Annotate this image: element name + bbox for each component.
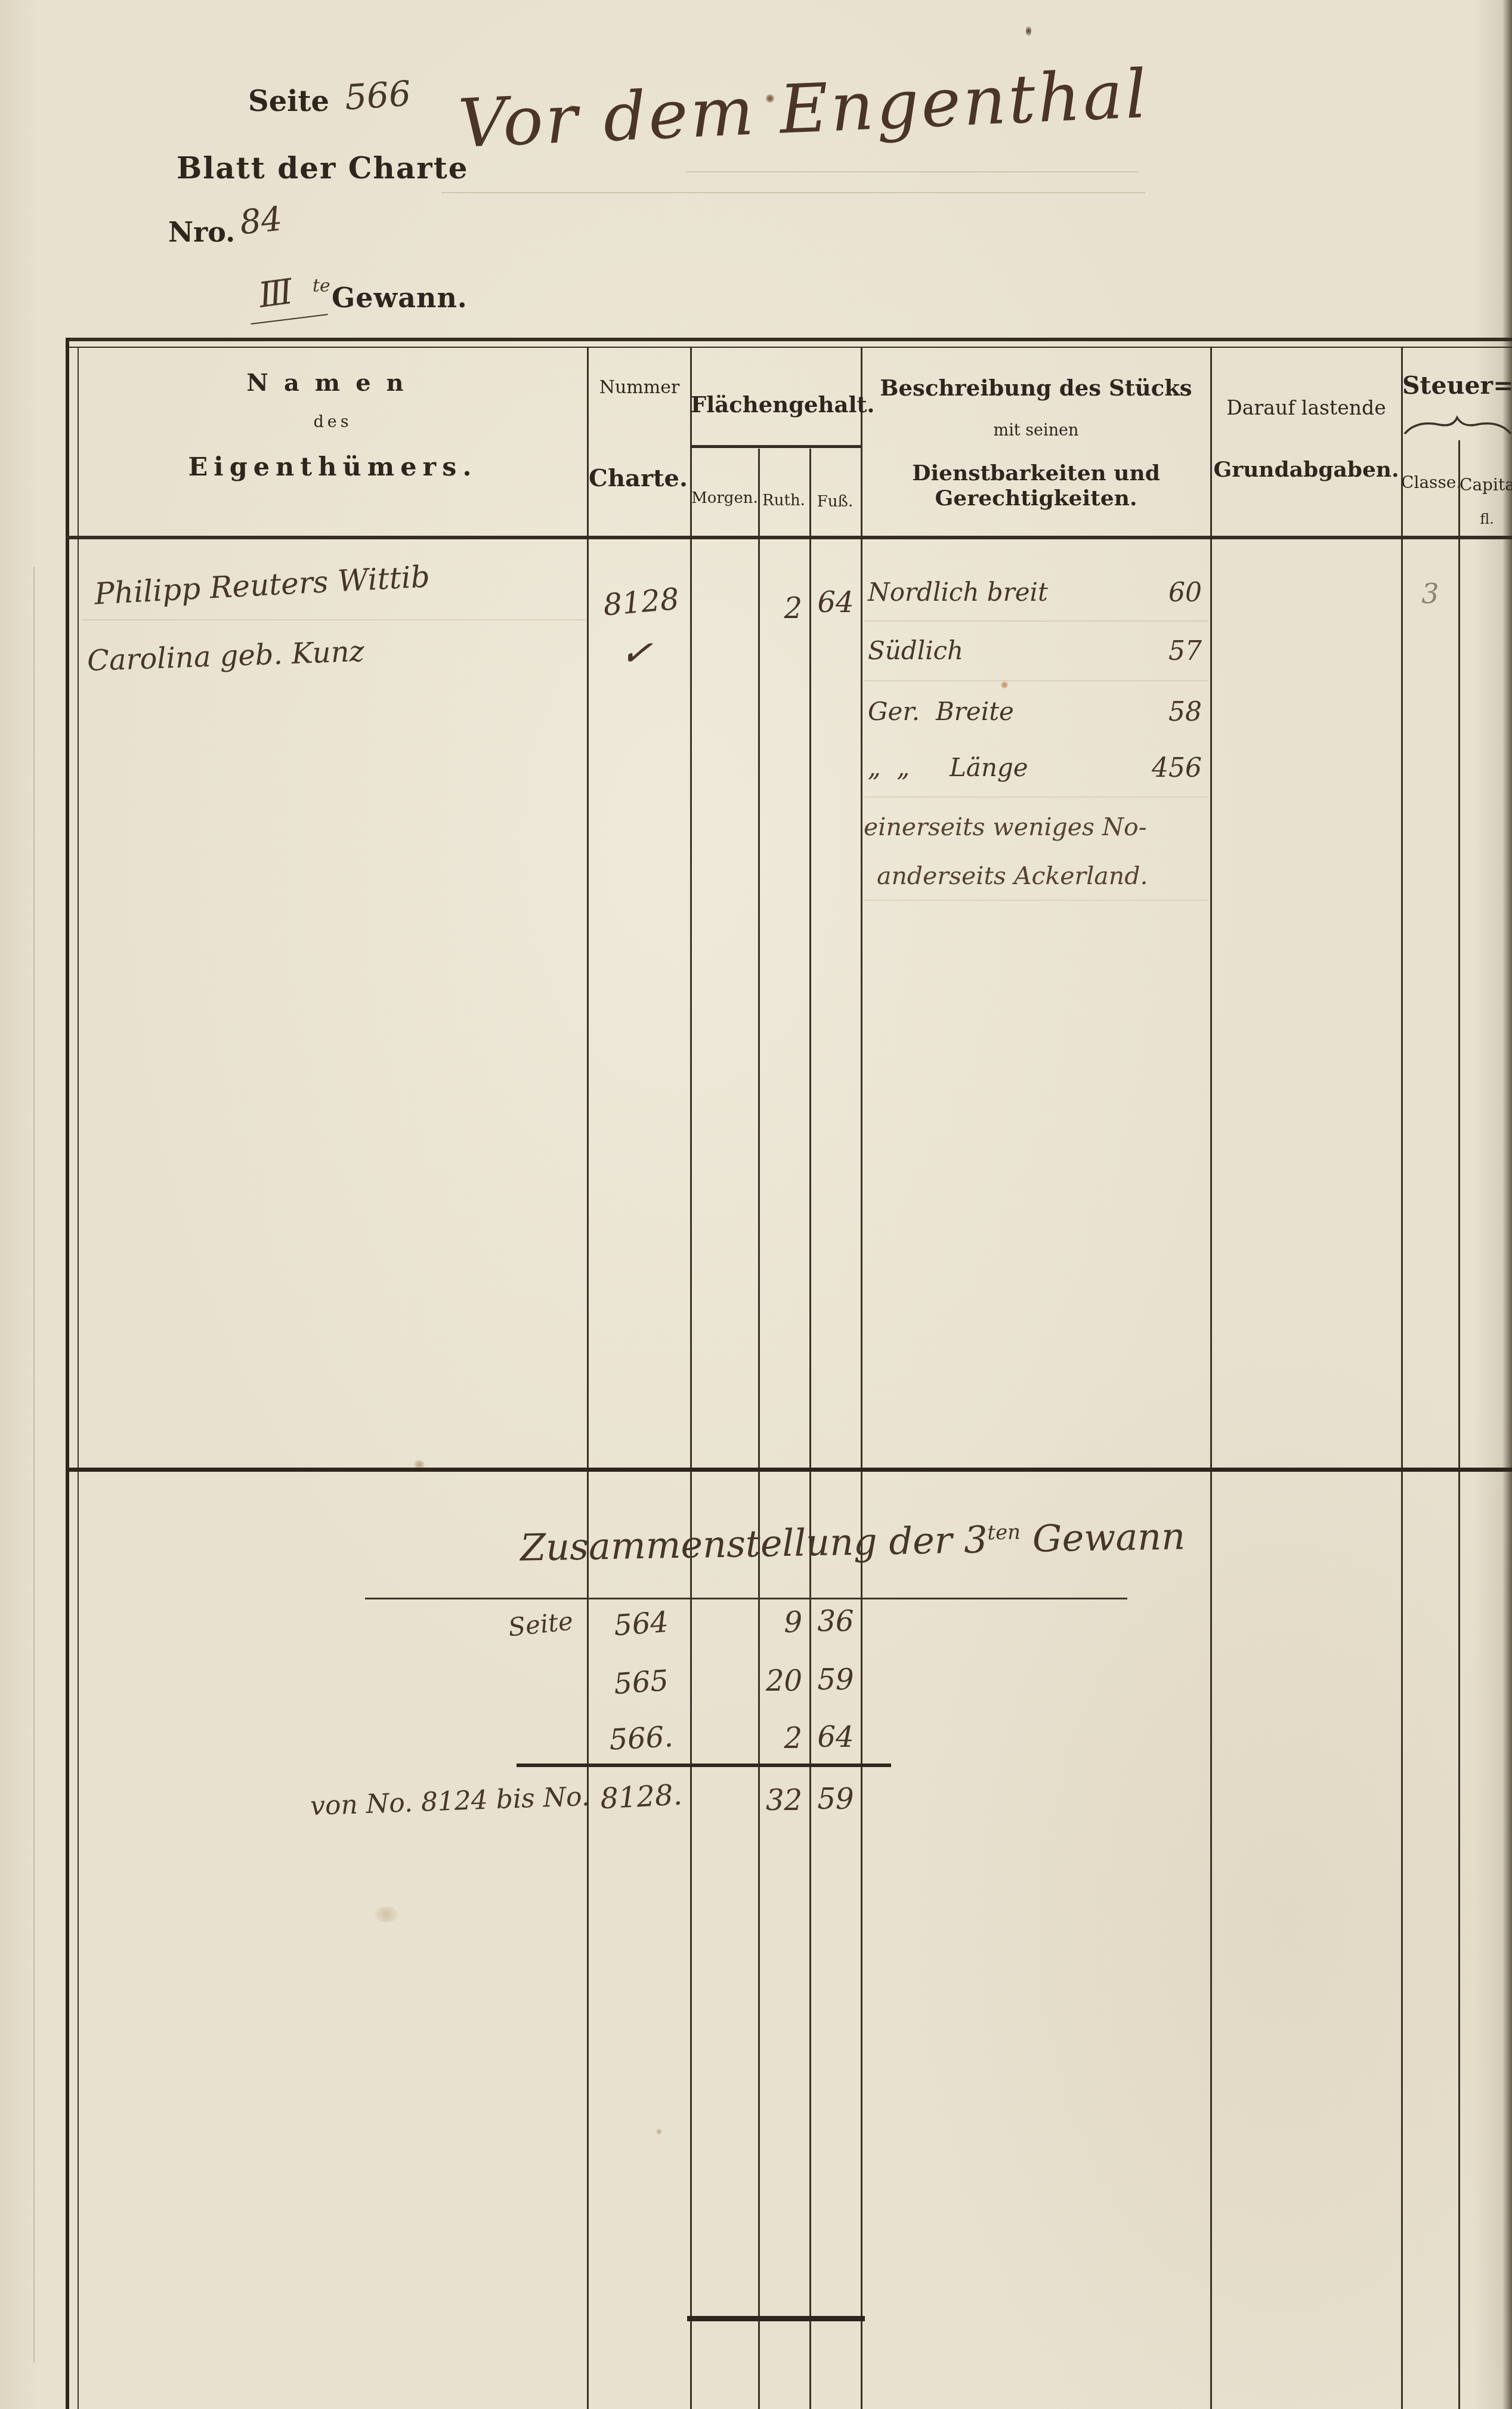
column-line-fuss-beschreibung [861,348,862,2409]
flaechengehalt-subheader-rule [691,445,861,448]
flaeche-columns-closing-bar [687,2316,865,2321]
summary-row-charte: 565 [590,1662,692,1702]
nro-number: 84 [238,199,285,242]
column-line-beschreibung-grundabgaben [1210,348,1212,2409]
record-steuer-classe-value: 3 [1405,577,1456,610]
map-sheet-title-handwritten: Vor dem Engenthal [457,55,1151,163]
page-right-edge-shadow [1502,0,1512,2409]
summary-row-fuss: 59 [810,1663,861,1697]
column-line-nummer-flaeche [690,348,692,2409]
summary-heading: Zusammenstellung der 3ten Gewann [520,1514,1185,1569]
summary-total-rule [517,1763,891,1767]
header-bottom-rule [66,536,1512,539]
description-text: Nordlich breit [868,577,1048,608]
paper-stain [1001,681,1008,688]
header-nummer-line1: Nummer [588,377,691,398]
description-value: 456 [1152,753,1202,783]
record-checkmark: ✓ [618,629,654,677]
header-owner-line1: Namen [208,369,458,397]
gewann-suffix: te [313,276,330,297]
seite-label: Seite [248,85,329,118]
header-steuer: Steuer= [1402,371,1512,400]
record-guide-line [864,796,1208,798]
column-line-classe-capital [1458,440,1460,2409]
header-owner-line2: des [273,413,392,431]
header-flaechengehalt: Flächengehalt. [691,391,861,418]
header-morgen: Morgen. [691,489,759,507]
column-line-morgen-ruth [758,449,760,2409]
summary-row-ruth: 9 [743,1606,802,1639]
header-grundabgaben-line1: Darauf lastende [1211,396,1401,419]
table-border-left-outer [66,338,69,2409]
summary-total-charte: 8128. [591,1778,692,1817]
record-guide-line [864,680,1208,681]
header-owner-line3: Eigenthümers. [178,452,488,482]
column-line-grundabgaben-steuer [1401,348,1403,2409]
paper-stain [1026,26,1031,36]
column-line-ruth-fuss [809,449,811,2409]
header-grundabgaben-line2: Grundabgaben. [1211,457,1401,482]
description-value: 58 [1168,697,1202,727]
record-description-line: Südlich 57 [868,636,1202,666]
record-description-line: „ „ Länge 456 [868,753,1202,783]
summary-heading-post: Gewann [1021,1514,1186,1561]
summary-row-fuss: 64 [810,1721,861,1754]
description-text: Ger. Breite [868,697,1014,727]
header-beschreibung-line2: mit seinen [862,421,1210,440]
cadastre-register-page: Seite 566 Blatt der Charte Vor dem Engen… [0,0,1512,2409]
description-text: anderseits Ackerland. [877,861,1148,890]
record-owner-line2: Carolina geb. Kunz [86,635,365,678]
steuer-brace [1404,415,1511,437]
table-border-top-outer [66,338,1512,341]
blatt-der-charte-label: Blatt der Charte [177,150,469,186]
header-fuss: Fuß. [809,493,861,511]
header-beschreibung-line3: Dienstbarkeiten und Gerechtigkeiten. [857,461,1215,511]
header-steuer-classe: Classe. [1401,472,1458,492]
summary-row-charte: 564 [590,1604,692,1644]
record-description-line: Nordlich breit 60 [868,577,1202,608]
summary-total-fuss: 59 [810,1783,861,1816]
title-guide-line [441,192,1145,193]
record-charte-number: 8128 [590,580,692,623]
description-text: Südlich [868,636,963,666]
table-border-left-inner [78,347,79,2409]
summary-total-label: von No. 8124 bis No. [310,1781,590,1821]
summary-total-ruth: 32 [743,1784,802,1817]
page-left-margin-line [33,567,35,2362]
description-value: 60 [1168,577,1202,608]
record-fuss-value: 64 [810,586,861,619]
header-nummer-line2: Charte. [585,464,692,492]
record-guide-line [81,619,585,620]
record-guide-line [864,900,1208,901]
section-divider-rule [66,1468,1512,1472]
table-border-top-inner [66,347,1512,348]
gewann-numeral: III [256,271,292,316]
paper-stain [375,1907,398,1922]
record-owner-line1: Philipp Reuters Wittib [94,559,431,611]
title-guide-line [686,171,1139,172]
nro-label: Nro. [168,216,235,248]
seite-number: 566 [344,73,412,118]
column-line-owner-nummer [587,348,589,2409]
header-steuer-capital: Capital. [1460,475,1512,495]
summary-row-ruth: 20 [743,1664,802,1698]
record-guide-line [864,620,1208,622]
description-text: einerseits weniges No- [864,813,1146,841]
header-beschreibung-line1: Beschreibung des Stücks [862,375,1210,401]
summary-heading-sup: ten [987,1520,1021,1545]
paper-stain [656,2129,662,2135]
summary-row-charte: 566. [591,1719,692,1758]
gewann-word: Gewann. [332,282,468,314]
record-description-line: einerseits weniges No- [864,813,1198,841]
summary-row-label: Seite [507,1606,574,1642]
description-value: 57 [1168,636,1202,666]
record-ruth-value: 2 [743,592,802,625]
record-description-line: Ger. Breite 58 [868,697,1202,727]
record-description-line: anderseits Ackerland. [877,861,1211,890]
description-text: „ „ Länge [868,753,1028,783]
header-steuer-fl: fl. [1460,511,1512,527]
summary-row-ruth: 2 [743,1722,802,1755]
header-ruth: Ruth. [758,492,809,509]
summary-heading-underline [365,1598,1127,1599]
summary-row-fuss: 36 [810,1605,861,1638]
summary-heading-pre: Zusammenstellung der 3 [520,1518,988,1570]
